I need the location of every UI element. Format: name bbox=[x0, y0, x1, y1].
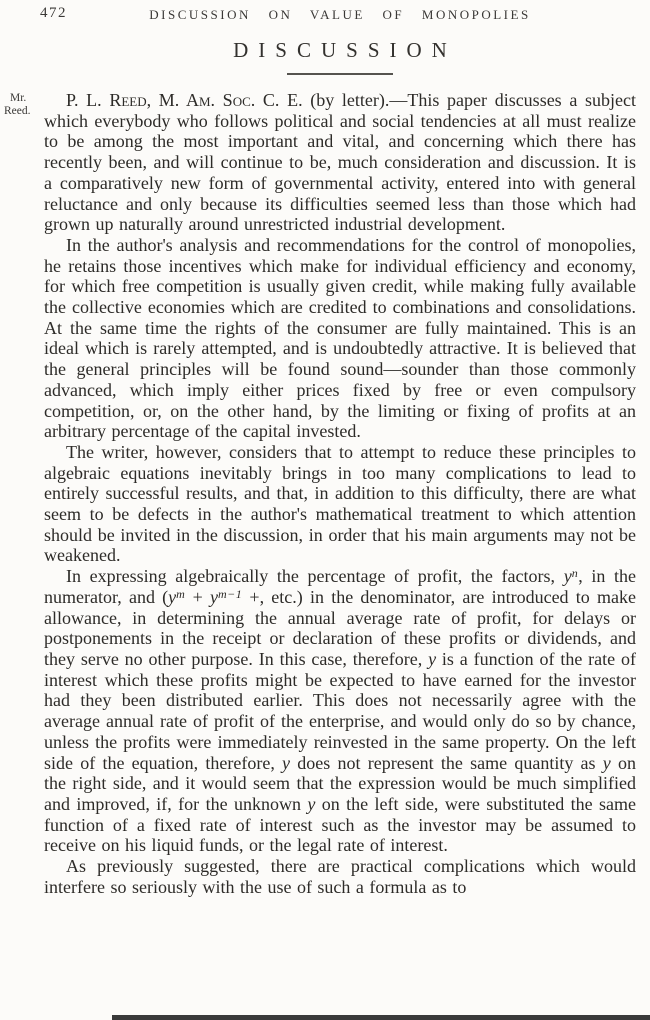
math-var-y: y bbox=[282, 753, 290, 773]
paragraph-5: As previously suggested, there are pract… bbox=[44, 856, 636, 897]
paragraph-4: In expressing algebraically the percenta… bbox=[44, 566, 636, 856]
section-title-block: DISCUSSION bbox=[44, 38, 636, 75]
paragraph-2-text: In the author's analysis and recommendat… bbox=[44, 235, 636, 441]
paragraph-1-text: (by letter).—This paper discusses a subj… bbox=[44, 90, 636, 234]
math-var-y: y bbox=[210, 587, 218, 607]
math-var-y: y bbox=[603, 753, 611, 773]
running-head: DISCUSSION ON VALUE OF MONOPOLIES bbox=[44, 7, 636, 23]
margin-note-speaker: Mr. Reed. bbox=[4, 92, 42, 117]
paragraph-5-text: As previously suggested, there are pract… bbox=[44, 856, 636, 897]
title-rule bbox=[287, 73, 393, 75]
math-sup-m: m bbox=[176, 587, 185, 601]
math-var-y: y bbox=[428, 649, 436, 669]
body-text-column: P. L. Reed, M. Am. Soc. C. E. (by letter… bbox=[44, 90, 636, 897]
speaker-name: P. L. Reed, M. Am. Soc. C. E. bbox=[66, 90, 303, 110]
paragraph-4-seg-6: + bbox=[185, 587, 210, 607]
scan-edge-artifact bbox=[112, 1015, 650, 1020]
paragraph-4-seg-13: does not represent the same quantity as bbox=[290, 753, 603, 773]
math-var-y: y bbox=[168, 587, 176, 607]
scanned-book-page: 472 DISCUSSION ON VALUE OF MONOPOLIES DI… bbox=[0, 0, 650, 1020]
math-var-y: y bbox=[564, 566, 572, 586]
paragraph-4-seg-0: In expressing algebraically the percenta… bbox=[66, 566, 564, 586]
margin-note-line1: Mr. bbox=[4, 92, 42, 105]
paragraph-1: P. L. Reed, M. Am. Soc. C. E. (by letter… bbox=[44, 90, 636, 235]
paragraph-3-text: The writer, however, considers that to a… bbox=[44, 442, 636, 566]
paragraph-3: The writer, however, considers that to a… bbox=[44, 442, 636, 566]
paragraph-2: In the author's analysis and recommendat… bbox=[44, 235, 636, 442]
math-sup-m-minus-1: m−1 bbox=[218, 587, 242, 601]
section-title: DISCUSSION bbox=[44, 38, 636, 63]
margin-note-line2: Reed. bbox=[4, 105, 42, 118]
